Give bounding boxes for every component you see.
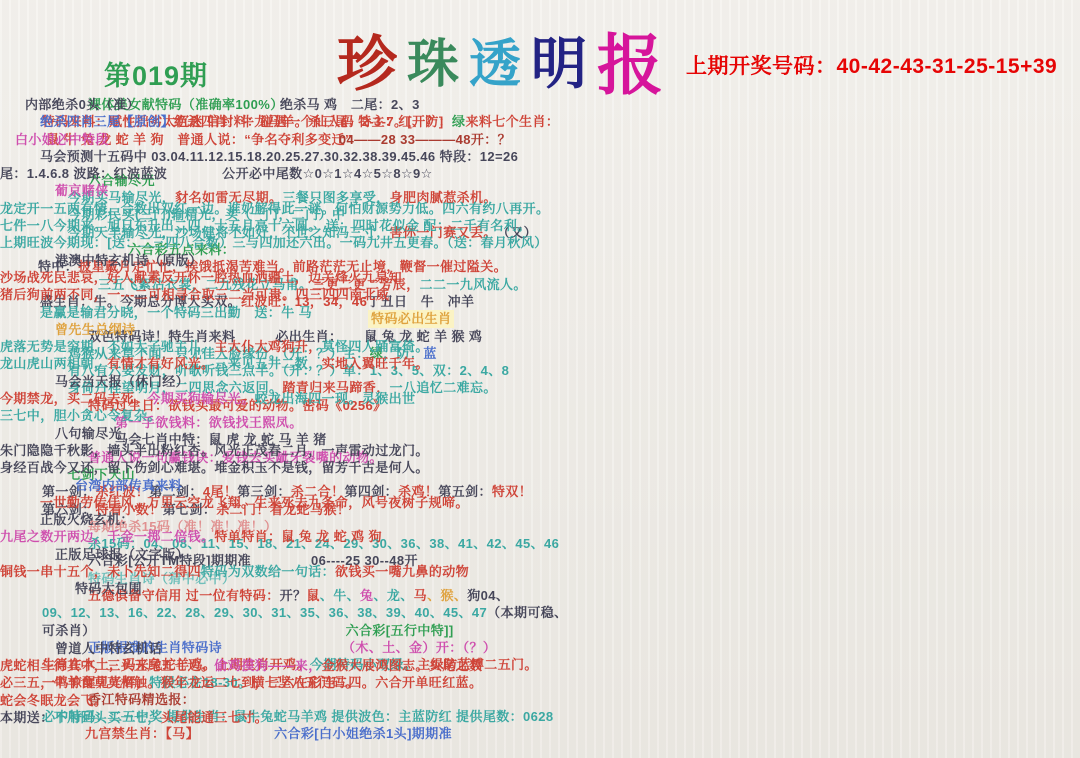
text-segment: 今期买狗输尽光。 [147,390,254,407]
text-segment: 台湾内部传真来料 [75,477,182,494]
text-segment: 正版足球报（文字版） [55,546,189,563]
text-segment: 欲钱买一嘴九鼻的动物 [335,563,469,580]
text-line: 龙山虎山两相朝，有情才有好风光。三来见五井二数，实地入翼旺千年。 [0,355,540,372]
text-segment: 三来见五井二数， [214,355,321,372]
text-segment: 蛇会冬眠龙会飞。 [0,692,107,709]
text-segment: 上期旺波今期现：[送：二三四八合数）三与四加还六出。一码九井五更春。（送：春月秋… [0,234,548,251]
text-line: 台湾内部传真来料 [0,477,540,494]
text-segment: 曾道人中特玄机话 [55,640,162,657]
text-line: 身经百战今又还，留下伤剑心难堪。堆金积玉不是钱，留芳千古是何人。 [0,459,540,476]
text-segment: 特码大包围 [75,580,142,597]
text-segment: 葡京赌侠 [55,182,109,199]
text-segment: 猪后狗前两不同，一---二可相寻合取三二当可贵。四三四四南北威 [0,286,389,303]
title-char: 透 [469,22,521,97]
text-line: 虎落无势是穷期，不如大子驰主儿。主大仆大鸡狗升，莫怪四人踊富倚。 [0,338,540,355]
newspaper-page: 第019期 珍珠透明报 上期开奖号码：40-42-43-31-25-15+39 … [0,0,1080,758]
text-line: 九尾之数开两边，千金一掷二倍钱。特单特肖：鼠 兔 龙 蛇 鸡 狗 [0,528,540,545]
newspaper-title: 珍珠透明报 [300,12,700,107]
text-segment: 内部绝杀0头（准） [25,96,140,113]
text-segment: 偷鸡摸狗——来， [214,657,321,674]
text-segment: 金猴大展鸿图志。 [322,657,429,674]
text-segment: 特码为双数给一句话： [201,563,335,580]
text-segment: 蛟龙出海四一现。 [255,390,362,407]
text-line: 龙定开一五两有情，合数出双红一边。谁奶解得此一谜。何怕财源势力低。四六有约八再开… [0,200,540,217]
text-segment: 马会预测十五码中 03.04.11.12.15.18.20.25.27.30.3… [40,148,518,165]
text-segment: 特单特肖： [214,528,281,545]
text-line: 八句输尽光 [0,425,540,442]
text-line: 白小姐必中特段04——28 33———48开：？ [0,131,540,148]
previous-draw-numbers: 上期开奖号码：40-42-43-31-25-15+39 [686,50,1057,80]
title-char: 珍 [337,17,397,103]
text-segment: 主大仆大鸡狗升， [214,338,321,355]
text-line: 三七中，胆小贪心令复杂。 [0,407,540,424]
text-segment: 身经百战今又还，留下伤剑心难堪。堆金积玉不是钱，留芳千古是何人。 [0,459,429,476]
text-segment: 七件一八今期来。旭日东升出二四，十五月亮十六圆。 送：四时花似金 配：二千有名利… [0,217,531,234]
text-line: 本期送：不用回头买一七，头尾能通三七寸。 [0,709,540,726]
text-segment: 鼠 兔 龙 蛇 鸡 狗 [281,528,381,545]
text-segment: 绝杀四肖三尾【原创】 [40,113,174,130]
text-line: 马会预测十五码中 03.04.11.12.15.18.20.25.27.30.3… [0,148,540,165]
text-segment: 六合彩[白小姐绝杀1头]期期准 [274,725,452,742]
text-segment: 虎蛇相斗得其中，三头五尾五七边。 [0,657,214,674]
text-segment: 马会当天报（休门经） [55,373,189,390]
text-line: 内部绝杀0头（准）绝杀马 鸡 二尾：2、3 [0,96,540,113]
text-line: 虎蛇相斗得其中，三头五尾五七边。偷鸡摸狗——来，金猴大展鸿图志。头尾之数 [0,657,540,674]
text-line: 今期禁龙，买二码去死。今期买狗输尽光。蛟龙出海四一现。灵猴出世 [0,390,540,407]
text-segment: 04——28 33———48开：？ [339,131,511,148]
right-column: 内部绝杀0头（准）绝杀马 鸡 二尾：2、3绝杀四肖三尾【原创】绝杀四肖：牛龙马羊… [0,96,540,726]
text-segment: 一世勤劳传佳风，万里云空龙飞翔。生来死去九条命，风号夜树子规啼。 [40,494,469,511]
text-line: 港澳中特玄机诗（原版） [0,252,540,269]
text-segment: 龙山虎山两相朝， [0,355,107,372]
text-line: 曾先生总纲诗 [0,321,540,338]
text-segment: 龙定开一五两有情，合数出双红一边。谁奶解得此一谜。何怕财源势力低。四六有约八再开… [0,200,549,217]
text-line: 一世勤劳传佳风，万里云空龙飞翔。生来死去九条命，风号夜树子规啼。 [0,494,540,511]
title-char: 珠 [407,22,459,97]
text-segment: 三七中，胆小贪心令复杂。 [0,407,161,424]
text-segment: 八句输尽光 [55,425,122,442]
text-segment: 九尾之数开两边，千金一掷二倍钱。 [0,528,214,545]
text-line: 马会当天报（休门经） [0,373,540,390]
text-line: 猪后狗前两不同，一---二可相寻合取三二当可贵。四三四四南北威 [0,286,540,303]
text-segment: 实地入翼旺千年。 [322,355,429,372]
text-line: 特码大包围 [0,580,540,597]
title-char: 明 [531,20,587,100]
text-line: 朱门隐隐千秋影，墙头半出粉红杏。风光正茂春二月，一声雷动过龙门。 [0,442,540,459]
text-segment: 铜钱一串十五个，未卜先知二得四 [0,563,201,580]
text-segment: 是赢是输君分晓，一个特码三出勤 送：牛 马 [40,304,312,321]
text-line: 铜钱一串十五个，未卜先知二得四 特码为双数给一句话：欲钱买一嘴九鼻的动物 [0,563,540,580]
text-segment: 白小姐必中特段 [15,131,109,148]
text-segment: 本期送： [0,709,54,726]
text-line: 上期旺波今期现：[送：二三四八合数）三与四加还六出。一码九井五更春。（送：春月秋… [0,234,540,251]
text-line: 七件一八今期来。旭日东升出二四，十五月亮十六圆。 送：四时花似金 配：二千有名利… [0,217,540,234]
text-segment: 必三五，牛羊食草莫相触。猴年龙运二七到，三六在彩连二四。六合开单旺红蓝。 [0,674,482,691]
text-segment: 正版火烧玄机： [40,511,134,528]
text-line: 葡京赌侠 [0,182,540,199]
text-segment: 灵猴出世 [362,390,416,407]
text-line: 曾道人中特玄机话 [0,640,540,657]
text-segment: 九宫禁生肖：【马】 [85,725,199,742]
text-segment: 绝杀马 鸡 二尾：2、3 [280,96,420,113]
title-char: 报 [597,12,663,107]
text-line: 尾：1.4.6.8 波路：红波蓝波公开必中尾数☆0☆1☆4☆5☆8☆9☆ [0,165,540,182]
text-line: 必三五，牛羊食草莫相触。猴年龙运二七到，三六在彩连二四。六合开单旺红蓝。 [0,674,540,691]
text-line: 沙场战死民悲哀，好人献素反开怀一腔热血洒疆土，边关烽火九泉知 [0,269,540,286]
text-segment: 莫怪四人踊富倚。 [322,338,429,355]
text-segment: 尾：1.4.6.8 波路：红波蓝波 [0,165,167,182]
text-segment: 曾先生总纲诗 [55,321,135,338]
text-segment: 今期禁龙，买二码去死。 [0,390,147,407]
text-segment: 朱门隐隐千秋影，墙头半出粉红杏。风光正茂春二月，一声雷动过龙门。 [0,442,429,459]
text-segment: 虎落无势是穷期，不如大子驰主儿。 [0,338,214,355]
text-line: 九宫禁生肖：【马】六合彩[白小姐绝杀1头]期期准 [0,725,540,742]
text-segment: 港澳中特玄机诗（原版） [55,252,202,269]
text-line: 正版足球报（文字版） [0,546,540,563]
text-segment: 不用回头买一七， [54,709,161,726]
text-segment: 头尾之数 [429,657,483,674]
text-line: 正版火烧玄机： [0,511,540,528]
text-line: 蛇会冬眠龙会飞。 [0,692,540,709]
text-segment: 绝杀四肖：牛龙马羊。杀三尾：2-3-7。[开？] [174,113,444,130]
text-segment: 有情才有好风光。 [107,355,214,372]
text-segment: 公开必中尾数☆0☆1☆4☆5☆8☆9☆ [222,165,433,182]
text-segment: 沙场战死民悲哀，好人献素反开怀一腔热血洒疆土，边关烽火九泉知 [0,269,402,286]
text-segment: 头尾能通三七寸。 [161,709,268,726]
issue-number: 第019期 [104,54,208,93]
text-line: 是赢是输君分晓，一个特码三出勤 送：牛 马 [0,304,540,321]
text-line: 绝杀四肖三尾【原创】绝杀四肖：牛龙马羊。杀三尾：2-3-7。[开？] [0,113,540,130]
